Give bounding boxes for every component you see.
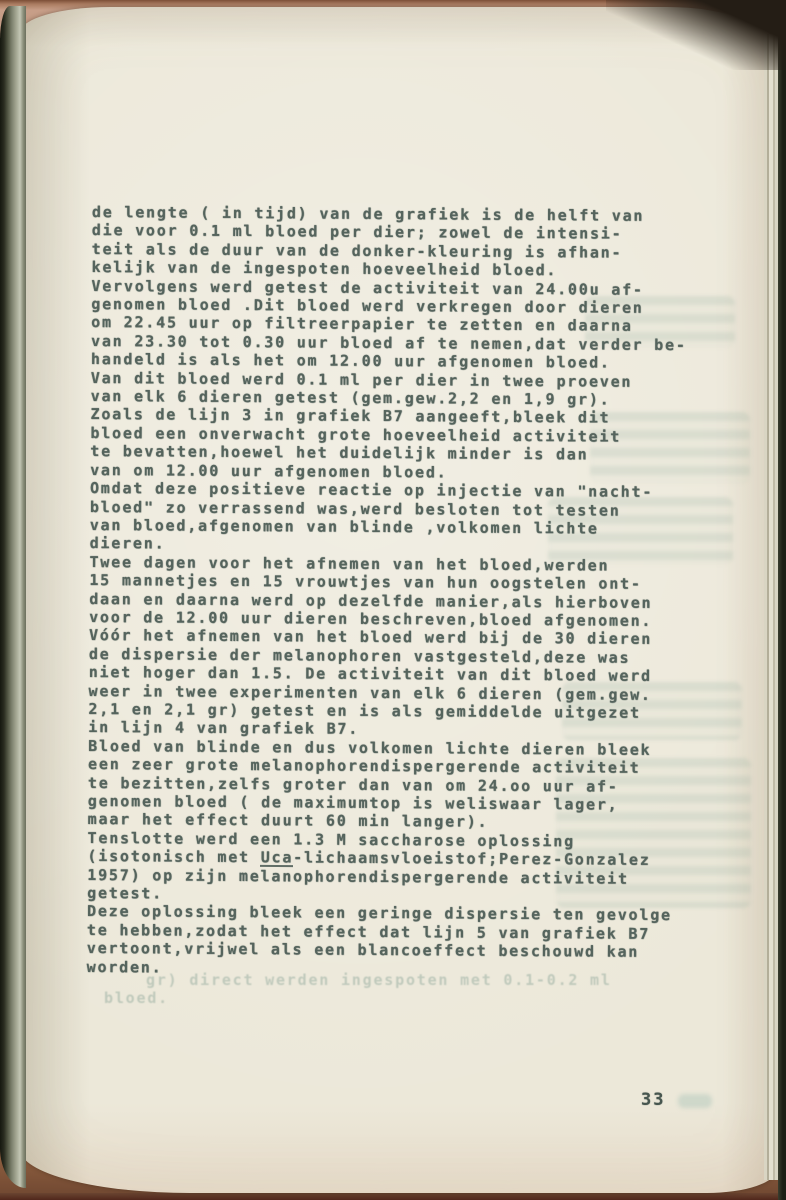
uca-underline [260, 865, 293, 867]
page-number: 33 [641, 1090, 665, 1110]
typed-text-block: de lengte ( in tijd) van de grafiek is d… [87, 203, 740, 981]
page-stack-edge [764, 34, 778, 1180]
shadow-top-right [606, 0, 786, 70]
book-right-edge-shadow [778, 28, 786, 1200]
book-cover-bottom-edge [0, 1193, 786, 1200]
book-spine-edge [0, 6, 26, 1188]
page-number-bleed-smudge [678, 1094, 712, 1108]
bleed-through-line: bloed. [104, 989, 169, 1007]
